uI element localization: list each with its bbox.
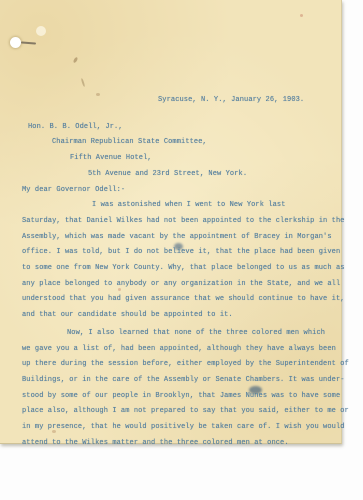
body-paragraph-2: Now, I also learned that none of the thr…: [22, 326, 340, 452]
body-line: Saturday, that Daniel Wilkes had not bee…: [22, 214, 340, 230]
pencil-mark: [21, 41, 36, 44]
body-line: I was astonished when I went to New York…: [22, 198, 340, 214]
letter-page: Syracuse, N. Y., January 26, 1903. Hon. …: [0, 0, 342, 444]
recipient-street-line: 5th Avenue and 23rd Street, New York.: [22, 167, 340, 183]
body-line: we gave you a list of, had been appointe…: [22, 342, 340, 358]
body-line: office. I was told, but I do not believe…: [22, 245, 340, 261]
body-paragraph-1: I was astonished when I went to New York…: [22, 198, 340, 324]
body-line: Assembly, which was made vacant by the a…: [22, 230, 340, 246]
paper-stain-speck: [300, 14, 303, 17]
body-line: Buildings, or in the care of the Assembl…: [22, 373, 340, 389]
dateline: Syracuse, N. Y., January 26, 1903.: [22, 93, 340, 109]
body-line: place also, although I am not prepared t…: [22, 404, 340, 420]
paper-stain-speck: [73, 57, 79, 64]
body-line: in my presence, that he would positively…: [22, 420, 340, 436]
scan-background: Syracuse, N. Y., January 26, 1903. Hon. …: [0, 0, 363, 500]
letter-body-text: Syracuse, N. Y., January 26, 1903. Hon. …: [22, 93, 340, 451]
faint-punch-hole-shadow: [36, 26, 46, 36]
recipient-hotel-line: Fifth Avenue Hotel,: [22, 151, 340, 167]
body-line: up there during the session before, eith…: [22, 357, 340, 373]
body-line: any place belonged to anybody or any org…: [22, 277, 340, 293]
salutation: My dear Governor Odell:-: [22, 183, 340, 199]
recipient-address-block: Hon. B. B. Odell, Jr., Chairman Republic…: [22, 120, 340, 183]
recipient-name-line: Hon. B. B. Odell, Jr.,: [22, 120, 340, 136]
paper-stain-speck: [81, 78, 86, 87]
recipient-title-line: Chairman Republican State Committee,: [22, 135, 340, 151]
body-line: and that our candidate should be appoint…: [22, 308, 340, 324]
body-line: stood by some of our people in Brooklyn,…: [22, 389, 340, 405]
body-line: Now, I also learned that none of the thr…: [22, 326, 340, 342]
body-line: understood that you had given assurance …: [22, 292, 340, 308]
body-line: to some one from New York County. Why, t…: [22, 261, 340, 277]
body-line: attend to the Wilkes matter and the thre…: [22, 436, 340, 452]
punch-hole: [10, 37, 21, 48]
